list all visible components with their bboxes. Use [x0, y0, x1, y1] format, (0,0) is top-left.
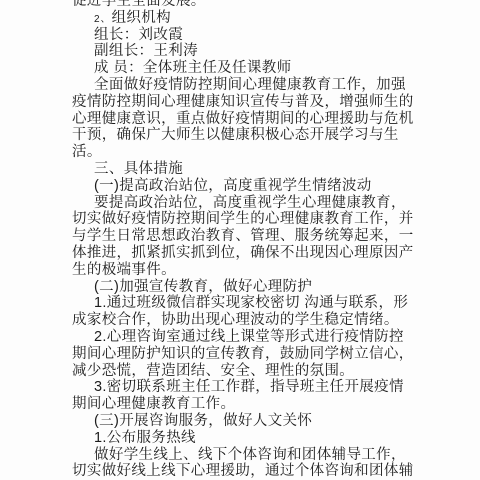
- item-counseling-room-line-1: 2.心理咨询室通过线上课堂等形式进行疫情防控: [0, 329, 480, 346]
- line-deputy-leader: 副组长：王利涛: [0, 43, 480, 60]
- line-group-leader: 组长：刘改霞: [0, 27, 480, 44]
- heading-organization-number: 2、: [94, 14, 112, 25]
- para-counseling-line-1: 做好学生线上、线下个体咨询和团体辅导工作，: [0, 447, 480, 464]
- para-overview-line-2: 疫情防控期间心理健康知识宣传与普及，增强师生的: [0, 94, 480, 111]
- item-teacher-group-line-2: 期间心理健康教育工作。: [0, 396, 480, 413]
- item-wechat-group-line-1: 1.通过班级微信群实现家校密切 沟通与联系，形: [0, 295, 480, 312]
- heading-organization: 2、组织机构: [0, 10, 480, 27]
- para-measure-1-line-4: 体推进，抓紧抓实抓到位，确保不出现因心理原因产: [0, 245, 480, 262]
- item-wechat-group-line-2: 成家校合作，协助出现心理波动的学生稳定情绪。: [0, 312, 480, 329]
- line-members: 成 员：全体班主任及任课教师: [0, 60, 480, 77]
- item-counseling-room-line-2: 期间心理防护知识的宣传教育，鼓励同学树立信心，: [0, 346, 480, 363]
- item-counseling-room-line-3: 减少恐慌，营造团结、安全、理性的氛围。: [0, 363, 480, 380]
- para-measure-1-line-5: 生的极端事件。: [0, 262, 480, 279]
- para-overview-line-4: 干预，确保广大师生以健康积极心态开展学习与生: [0, 127, 480, 144]
- heading-measure-1: (一)提高政治站位，高度重视学生情绪波动: [0, 178, 480, 195]
- heading-specific-measures: 三、具体措施: [0, 161, 480, 178]
- para-measure-1-line-2: 切实做好疫情防控期间学生的心理健康教育工作，并: [0, 211, 480, 228]
- heading-measure-3: (三)开展咨询服务，做好人文关怀: [0, 413, 480, 430]
- para-counseling-line-2: 切实做好线上线下心理援助，通过个体咨询和团体辅: [0, 463, 480, 480]
- item-service-hotline: 1.公布服务热线: [0, 430, 480, 447]
- para-overview-line-5: 活。: [0, 144, 480, 161]
- item-teacher-group-line-1: 3.密切联系班主任工作群，指导班主任开展疫情: [0, 379, 480, 396]
- para-measure-1-line-3: 与学生日常思想政治教育、管理、服务统筹起来，一: [0, 228, 480, 245]
- heading-organization-label: 组织机构: [112, 10, 171, 26]
- heading-measure-2: (二)加强宣传教育，做好心理防护: [0, 279, 480, 296]
- doc-line-develop-students: 促进学生全面发展。: [0, 0, 480, 10]
- para-measure-1-line-1: 要提高政治站位，高度重视学生心理健康教育，: [0, 195, 480, 212]
- para-overview-line-1: 全面做好疫情防控期间心理健康教育工作，加强: [0, 77, 480, 94]
- para-overview-line-3: 心理健康意识，重点做好疫情期间的心理援助与危机: [0, 111, 480, 128]
- document-photo: 促进学生全面发展。 2、组织机构 组长：刘改霞 副组长：王利涛 成 员：全体班主…: [0, 0, 480, 480]
